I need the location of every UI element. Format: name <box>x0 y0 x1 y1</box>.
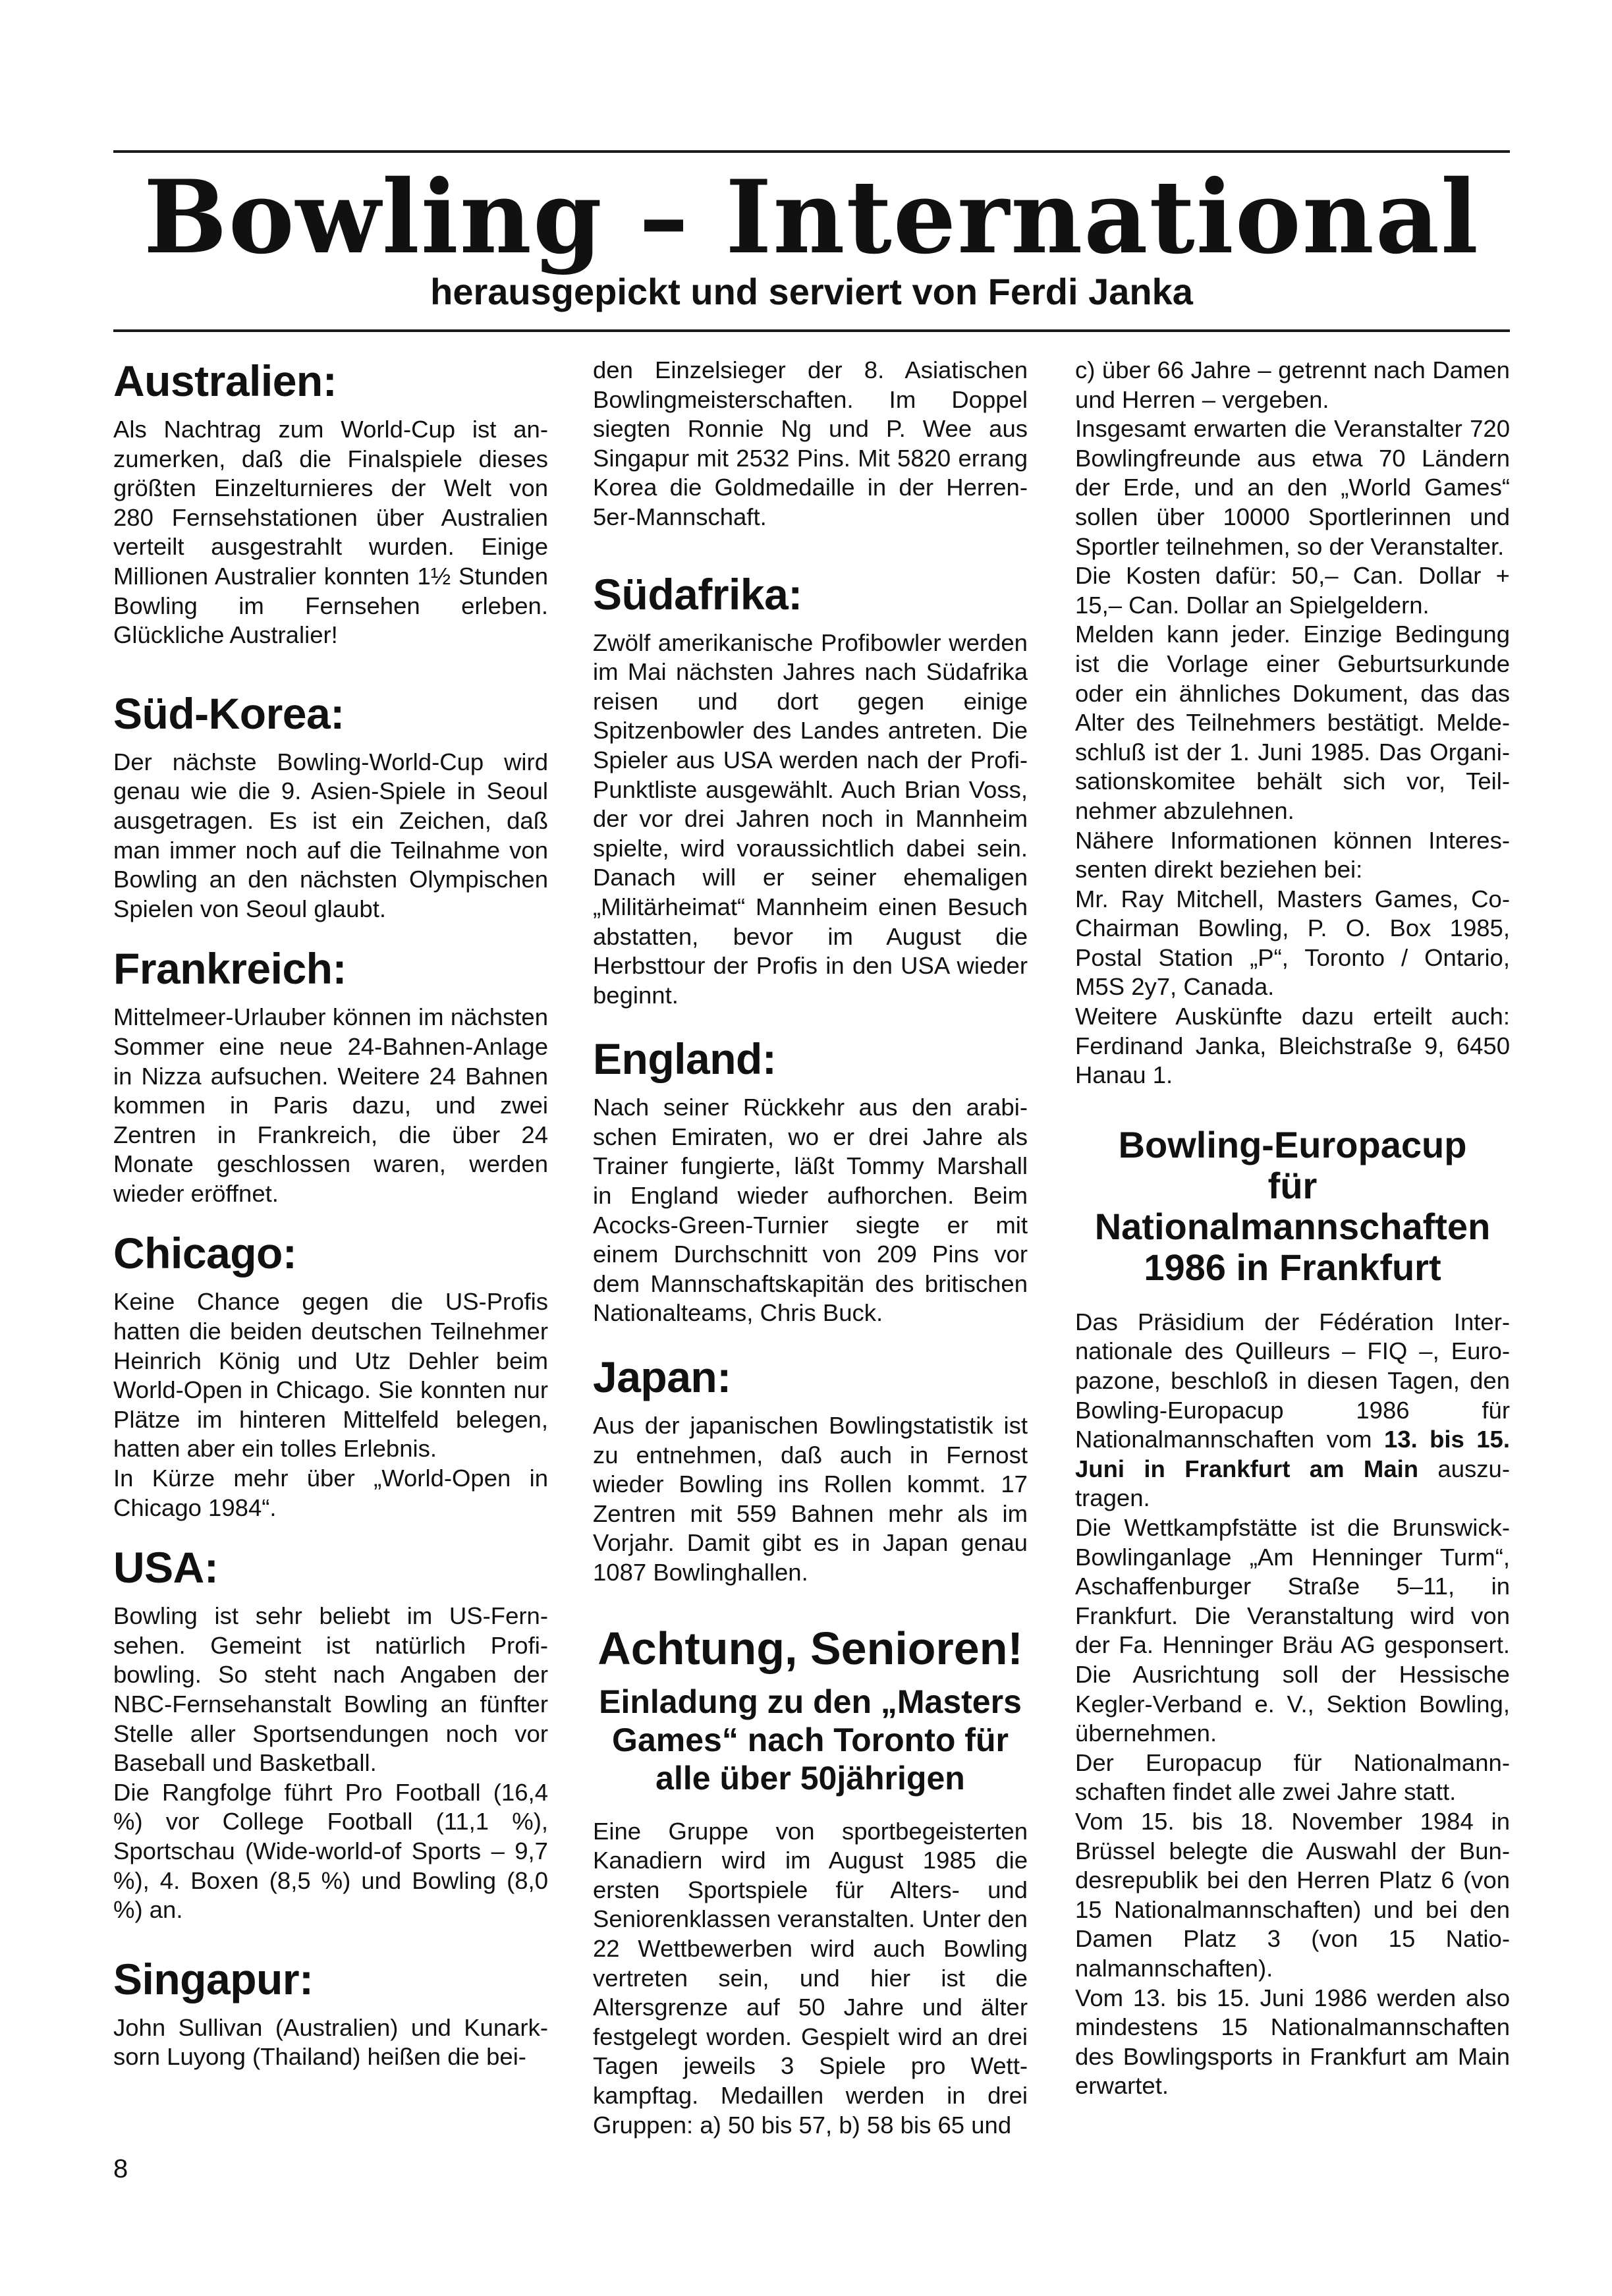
section-suedafrika: Südafrika: Zwölf amerikanische Profibowl… <box>593 569 1028 1011</box>
heading-line: Nationalmannschaften <box>1095 1206 1491 1247</box>
section-text: Bowling ist sehr beliebt im US-Fern­sehe… <box>113 1602 548 1778</box>
byline: herausgepickt und serviert von Ferdi Jan… <box>113 269 1510 315</box>
section-japan: Japan: Aus der japanischen Bowlingstatis… <box>593 1352 1028 1588</box>
section-heading: Bowling-Europacup für Nationalmannschaft… <box>1075 1125 1510 1288</box>
section-text: Die Wettkampfstätte ist die Bruns­wick-B… <box>1075 1513 1510 1749</box>
section-singapur-continued: den Einzelsieger der 8. Asiatischen Bowl… <box>593 356 1028 532</box>
section-text: den Einzelsieger der 8. Asiatischen Bowl… <box>593 356 1028 532</box>
section-text: Mittelmeer-Urlauber können im näch­sten … <box>113 1003 548 1208</box>
section-text: John Sullivan (Australien) und Kunark­so… <box>113 2013 548 2072</box>
section-frankreich: Frankreich: Mittelmeer-Urlauber können i… <box>113 943 548 1208</box>
section-text: Die Kosten dafür: 50,– Can. Dollar + 15,… <box>1075 561 1510 620</box>
section-text: Das Präsidium der Fédération Inter­natio… <box>1075 1308 1510 1513</box>
section-chicago: Chicago: Keine Chance gegen die US-Profi… <box>113 1228 548 1523</box>
section-heading: England: <box>593 1034 1028 1084</box>
section-usa: USA: Bowling ist sehr beliebt im US-Fern… <box>113 1542 548 1925</box>
section-text: Melden kann jeder. Einzige Bedingung ist… <box>1075 620 1510 826</box>
section-text: Aus der japanischen Bowlingstatistik ist… <box>593 1411 1028 1588</box>
section-text: Insgesamt erwarten die Veranstalter 720 … <box>1075 414 1510 561</box>
column-right: c) über 66 Jahre – getrennt nach Damen u… <box>1075 356 1510 2101</box>
column-left: Australien: Als Nachtrag zum World-Cup i… <box>113 356 548 2072</box>
section-subheading: Einladung zu den „Masters Games“ nach To… <box>593 1683 1028 1797</box>
section-text: Als Nachtrag zum World-Cup ist an­zumerk… <box>113 415 548 650</box>
section-heading: Singapur: <box>113 1954 548 2004</box>
masthead-top-rule <box>113 150 1510 153</box>
section-heading: Frankreich: <box>113 943 548 994</box>
heading-line: 1986 in Frankfurt <box>1144 1246 1441 1288</box>
section-text: c) über 66 Jahre – getrennt nach Damen u… <box>1075 356 1510 414</box>
section-heading: Süd-Korea: <box>113 688 548 739</box>
section-heading: Australien: <box>113 356 548 406</box>
section-senioren: Achtung, Senioren! Einladung zu den „Mas… <box>593 1621 1028 2141</box>
heading-line: für <box>1268 1165 1318 1206</box>
section-heading: Japan: <box>593 1352 1028 1402</box>
section-heading: Achtung, Senioren! <box>593 1621 1028 1676</box>
section-australien: Australien: Als Nachtrag zum World-Cup i… <box>113 356 548 650</box>
section-heading: Südafrika: <box>593 569 1028 619</box>
section-text: Nach seiner Rückkehr aus den arabi­schen… <box>593 1093 1028 1328</box>
page-number: 8 <box>113 2153 128 2185</box>
section-text: Der nächste Bowling-World-Cup wird genau… <box>113 748 548 924</box>
section-text: In Kürze mehr über „World-Open in Chicag… <box>113 1464 548 1523</box>
section-text: Zwölf amerikanische Profibowler wer­den … <box>593 629 1028 1011</box>
section-sued-korea: Süd-Korea: Der nächste Bowling-World-Cup… <box>113 688 548 924</box>
section-text: Keine Chance gegen die US-Profis hatten … <box>113 1287 548 1464</box>
section-text: Die Rangfolge führt Pro Football (16,4 %… <box>113 1778 548 1925</box>
page-title: Bowling – International <box>113 163 1510 271</box>
section-senioren-continued: c) über 66 Jahre – getrennt nach Damen u… <box>1075 356 1510 1090</box>
section-text: Eine Gruppe von sportbegeisterten Kanadi… <box>593 1817 1028 2141</box>
contact-address: Weitere Auskünfte dazu erteilt auch: Fer… <box>1075 1002 1510 1090</box>
masthead-bottom-rule <box>113 329 1510 332</box>
section-text: Vom 15. bis 18. November 1984 in Brüssel… <box>1075 1807 1510 1984</box>
column-middle: den Einzelsieger der 8. Asiatischen Bowl… <box>593 356 1028 2140</box>
section-europacup: Bowling-Europacup für Nationalmannschaft… <box>1075 1125 1510 2101</box>
section-text: Nähere Informationen können Interes­sent… <box>1075 826 1510 885</box>
heading-line: Bowling-Europacup <box>1119 1124 1467 1165</box>
section-heading: Chicago: <box>113 1228 548 1278</box>
section-england: England: Nach seiner Rückkehr aus den ar… <box>593 1034 1028 1328</box>
contact-address: Mr. Ray Mitchell, Masters Games, Co-Chai… <box>1075 885 1510 1002</box>
section-singapur: Singapur: John Sullivan (Australien) und… <box>113 1954 548 2072</box>
section-heading: USA: <box>113 1542 548 1592</box>
section-text: Vom 13. bis 15. Juni 1986 werden also mi… <box>1075 1984 1510 2101</box>
section-text: Der Europacup für Nationalmann­schaften … <box>1075 1749 1510 1807</box>
